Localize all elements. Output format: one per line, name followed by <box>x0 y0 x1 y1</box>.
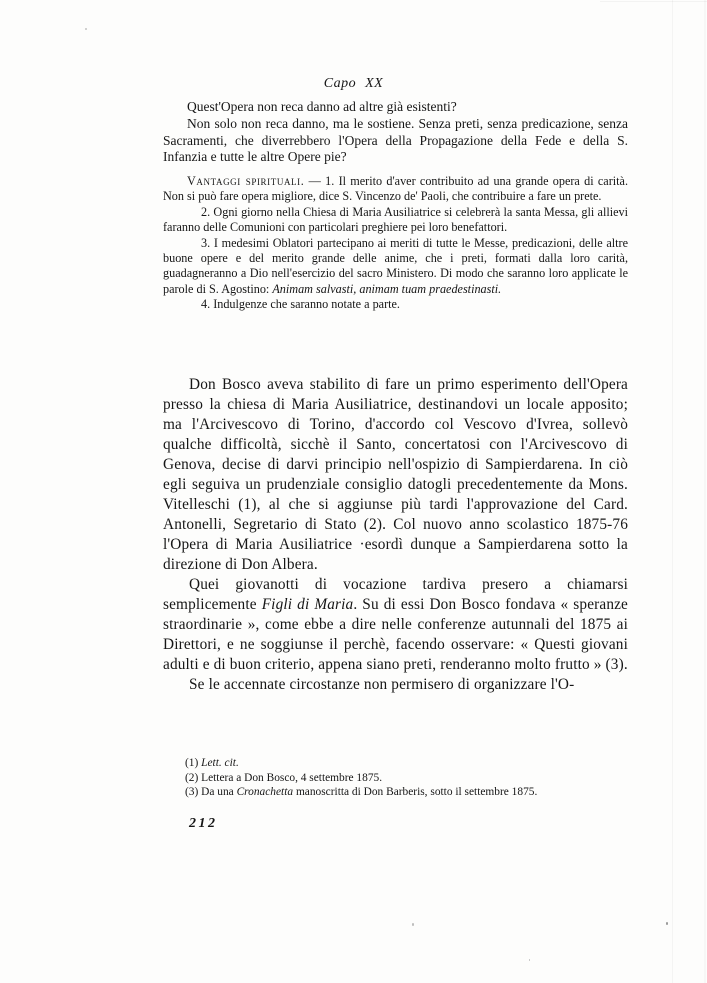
main-text-block: Don Bosco aveva stabilito di fare un pri… <box>163 375 628 695</box>
scan-edge-line <box>704 0 706 983</box>
paragraph: Non solo non reca danno, ma le sostiene.… <box>163 116 628 166</box>
footnote: (3) Da una Cronachetta manoscritta di Do… <box>163 785 628 800</box>
footnote: (1) Lett. cit. <box>163 756 628 771</box>
text-run: (1) <box>185 757 201 769</box>
footnote: (2) Lettera a Don Bosco, 4 settembre 187… <box>163 771 628 786</box>
text-run: Cronachetta <box>237 786 294 798</box>
text-run: Lett. cit. <box>201 757 239 769</box>
text-run: manoscritta di Don Barberis, sotto il se… <box>293 786 537 798</box>
scan-speck <box>666 922 668 925</box>
scan-speck <box>85 28 87 30</box>
footnotes-block: (1) Lett. cit. (2) Lettera a Don Bosco, … <box>163 756 628 800</box>
text-column: Quest'Opera non reca danno ad altre già … <box>163 0 628 983</box>
book-page-scan: Capo XX Quest'Opera non reca danno ad al… <box>0 0 707 983</box>
text-run: Animam salvasti, animam tuam praedestina… <box>272 282 501 296</box>
text-run: 4. Indulgenze che saranno notate a parte… <box>201 297 400 311</box>
text-run: (2) Lettera a Don Bosco, 4 settembre 187… <box>185 772 382 784</box>
scan-speck <box>529 959 530 961</box>
paragraph: Se le accennate circostanze non permiser… <box>163 675 628 695</box>
paragraph: 2. Ogni giorno nella Chiesa di Maria Aus… <box>163 205 628 236</box>
paragraph: Don Bosco aveva stabilito di fare un pri… <box>163 375 628 575</box>
scan-fold-line <box>672 0 673 983</box>
paragraph: Quest'Opera non reca danno ad altre già … <box>163 99 628 116</box>
page-number: 212 <box>189 816 218 832</box>
text-run: Figli di Maria <box>262 596 354 613</box>
text-run: (3) Da una <box>185 786 237 798</box>
paragraph: 4. Indulgenze che saranno notate a parte… <box>163 297 628 312</box>
scan-speck <box>412 923 414 926</box>
paragraph: Quei giovanotti di vocazione tardiva pre… <box>163 575 628 675</box>
scan-edge-line-top <box>600 1 707 2</box>
text-run: Se le accennate circostanze non permiser… <box>189 676 574 693</box>
paragraph: 3. I medesimi Oblatori partecipano ai me… <box>163 236 628 298</box>
text-run: Quest'Opera non reca danno ad altre già … <box>187 99 457 114</box>
text-run: Don Bosco aveva stabilito di fare un pri… <box>163 376 628 573</box>
intro-block: Quest'Opera non reca danno ad altre già … <box>163 99 628 166</box>
text-run: Vantaggi spirituali. <box>187 174 304 188</box>
text-run: 2. Ogni giorno nella Chiesa di Maria Aus… <box>163 205 628 234</box>
small-print-block: Vantaggi spirituali. — 1. Il merito d'av… <box>163 174 628 313</box>
paragraph: Vantaggi spirituali. — 1. Il merito d'av… <box>163 174 628 205</box>
text-run: Non solo non reca danno, ma le sostiene.… <box>163 116 628 165</box>
